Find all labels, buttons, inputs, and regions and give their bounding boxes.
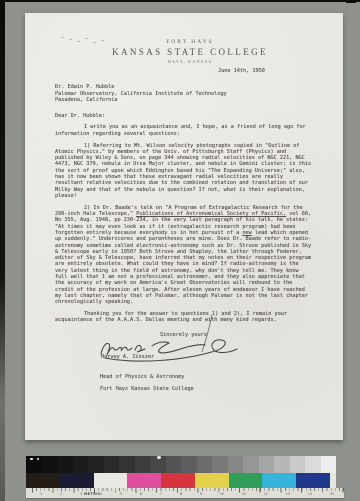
gray-step-swatch [259, 456, 275, 473]
gray-step-swatch [197, 456, 213, 473]
recipient-city-line: Pasadena, California [55, 97, 312, 103]
gray-step-swatch [274, 456, 290, 473]
gray-step-swatch [321, 456, 337, 473]
gray-step-swatch [243, 456, 259, 473]
gray-step-swatch [57, 456, 73, 473]
ruler-number: 1 [40, 492, 42, 496]
color-calibration-target: METRIC 123456789101112131415 [26, 456, 336, 498]
color-swatch [296, 473, 330, 488]
photographic-ruler: METRIC 123456789101112131415 [26, 488, 344, 498]
color-swatch [195, 473, 229, 488]
gray-step-swatch [181, 456, 197, 473]
letter-date: June 14th, 1950 [218, 68, 312, 74]
ruler-number: 4 [100, 492, 102, 496]
color-swatch [229, 473, 263, 488]
salutation: Dear Dr. Hubble: [55, 113, 312, 119]
letter-page: FORT HAYS KANSAS STATE COLLEGE HAYS, KAN… [25, 13, 343, 440]
dust-speck [157, 456, 161, 459]
ruler-number: 15 [330, 492, 334, 496]
ruler-number: 5 [120, 492, 122, 496]
scan-edge-notch [346, 0, 356, 3]
ruler-number: 7 [160, 492, 162, 496]
color-bar-end-tab [330, 473, 336, 488]
color-swatch [262, 473, 296, 488]
ruler-number: 9 [200, 492, 202, 496]
paragraph-question-1: 1) Referring to Mt. Wilson velocity phot… [55, 143, 312, 200]
letter-content: June 14th, 1950 Dr. Edwin P. Hubble Palo… [55, 68, 312, 392]
paragraph-closing: Thanking you for the answer to questions… [55, 311, 312, 324]
dust-speck [37, 458, 39, 460]
handwritten-signature [97, 337, 247, 367]
signature-block: Harvey A. Zinszer [97, 339, 312, 367]
ruler-number: 12 [264, 492, 268, 496]
paragraph-question-2: 2) In Dr. Baade's talk on "A Program of … [55, 205, 312, 306]
gray-step-swatch [119, 456, 135, 473]
gray-step-swatch [135, 456, 151, 473]
gray-step-swatch [228, 456, 244, 473]
ruler-numbers: 123456789101112131415 [40, 492, 334, 496]
q2-text-c: lead which opened up suddenly." Undersco… [55, 230, 311, 305]
grayscale-wedge [26, 456, 336, 473]
gray-step-swatch [26, 456, 42, 473]
letterhead-line3: HAYS, KANSAS [37, 59, 343, 64]
color-swatch [127, 473, 161, 488]
ruler-number: 14 [308, 492, 312, 496]
color-swatch [60, 473, 94, 488]
sender-name-typed: Harvey A. Zinszer [101, 354, 154, 360]
gray-step-swatch [290, 456, 306, 473]
letterhead-line1: FORT HAYS [37, 39, 343, 45]
sender-organization: Fort Hays Kansas State College [100, 386, 312, 392]
scanned-letter-photo: FORT HAYS KANSAS STATE COLLEGE HAYS, KAN… [0, 0, 360, 501]
sender-title: Head of Physics & Astronomy [100, 374, 312, 380]
letterhead-line2: KANSAS STATE COLLEGE [37, 47, 343, 57]
gray-step-swatch [305, 456, 321, 473]
ruler-number: 10 [220, 492, 224, 496]
ruler-number: 8 [180, 492, 182, 496]
gray-step-swatch [88, 456, 104, 473]
gray-step-swatch [42, 456, 58, 473]
gray-step-swatch [212, 456, 228, 473]
ruler-number: 6 [140, 492, 142, 496]
gray-step-swatch [73, 456, 89, 473]
dust-speck [30, 458, 33, 460]
scan-edge-left [0, 0, 5, 501]
gray-step-swatch [104, 456, 120, 473]
ruler-number: 2 [60, 492, 62, 496]
color-swatch [161, 473, 195, 488]
ruler-number: 13 [286, 492, 290, 496]
color-patch-row [26, 473, 336, 488]
gray-step-swatch [166, 456, 182, 473]
ruler-number: 3 [80, 492, 82, 496]
scan-edge-top [0, 0, 360, 2]
paragraph-intro: I write you as an acquaintance and, I ho… [55, 124, 312, 137]
ruler-number: 11 [242, 492, 246, 496]
letterhead: FORT HAYS KANSAS STATE COLLEGE HAYS, KAN… [25, 39, 343, 64]
color-swatch [26, 473, 60, 488]
color-swatch [94, 473, 128, 488]
recipient-address: Dr. Edwin P. Hubble Palomar Observatory,… [55, 84, 312, 103]
